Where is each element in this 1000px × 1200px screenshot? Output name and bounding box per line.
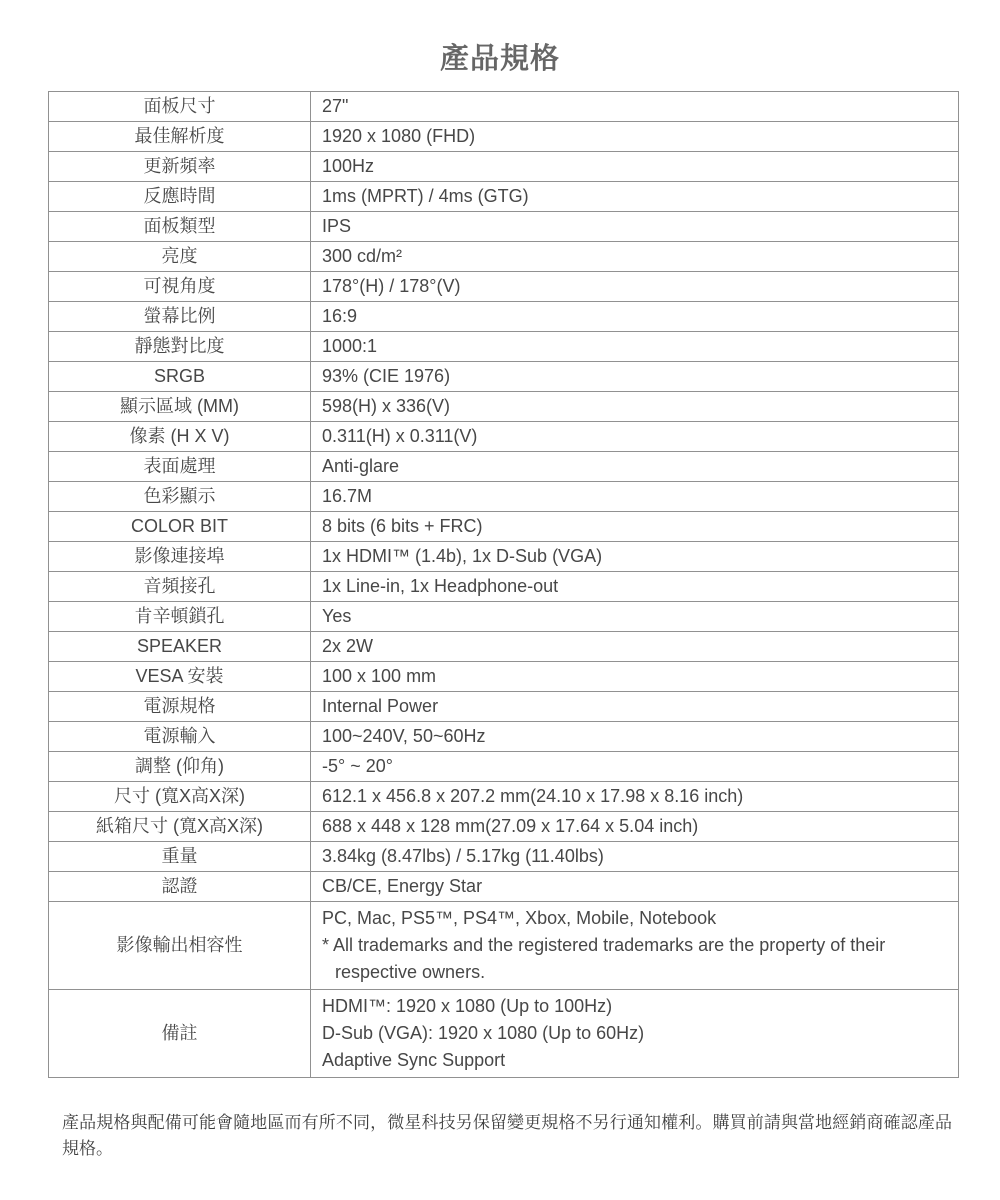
spec-value: 1x Line-in, 1x Headphone-out bbox=[311, 572, 959, 602]
spec-label: 可視角度 bbox=[49, 272, 311, 302]
spec-row: 最佳解析度1920 x 1080 (FHD) bbox=[49, 122, 959, 152]
spec-row: 面板類型IPS bbox=[49, 212, 959, 242]
spec-value: 100Hz bbox=[311, 152, 959, 182]
spec-value: 16.7M bbox=[311, 482, 959, 512]
spec-value: 1ms (MPRT) / 4ms (GTG) bbox=[311, 182, 959, 212]
spec-label: 影像連接埠 bbox=[49, 542, 311, 572]
spec-label: 最佳解析度 bbox=[49, 122, 311, 152]
spec-row: 音頻接孔1x Line-in, 1x Headphone-out bbox=[49, 572, 959, 602]
spec-value-line: Adaptive Sync Support bbox=[322, 1047, 948, 1074]
spec-value-line: D-Sub (VGA): 1920 x 1080 (Up to 60Hz) bbox=[322, 1020, 948, 1047]
spec-label: 表面處理 bbox=[49, 452, 311, 482]
spec-label: 調整 (仰角) bbox=[49, 752, 311, 782]
spec-value: 178°(H) / 178°(V) bbox=[311, 272, 959, 302]
spec-row: 更新頻率100Hz bbox=[49, 152, 959, 182]
spec-value: IPS bbox=[311, 212, 959, 242]
spec-row: 重量3.84kg (8.47lbs) / 5.17kg (11.40lbs) bbox=[49, 842, 959, 872]
spec-label: 更新頻率 bbox=[49, 152, 311, 182]
spec-value: 0.311(H) x 0.311(V) bbox=[311, 422, 959, 452]
spec-row: 電源輸入100~240V, 50~60Hz bbox=[49, 722, 959, 752]
spec-label: 靜態對比度 bbox=[49, 332, 311, 362]
spec-row: 影像輸出相容性PC, Mac, PS5™, PS4™, Xbox, Mobile… bbox=[49, 902, 959, 990]
spec-row: 電源規格Internal Power bbox=[49, 692, 959, 722]
spec-label: 色彩顯示 bbox=[49, 482, 311, 512]
spec-value: -5° ~ 20° bbox=[311, 752, 959, 782]
spec-label: 亮度 bbox=[49, 242, 311, 272]
spec-value: 1x HDMI™ (1.4b), 1x D-Sub (VGA) bbox=[311, 542, 959, 572]
spec-row: 色彩顯示16.7M bbox=[49, 482, 959, 512]
spec-value: 300 cd/m² bbox=[311, 242, 959, 272]
spec-row: VESA 安裝100 x 100 mm bbox=[49, 662, 959, 692]
spec-value-line: * All trademarks and the registered trad… bbox=[322, 932, 948, 959]
spec-value: 27" bbox=[311, 92, 959, 122]
spec-table: 面板尺寸27"最佳解析度1920 x 1080 (FHD)更新頻率100Hz反應… bbox=[48, 91, 959, 1078]
spec-label: 肯辛頓鎖孔 bbox=[49, 602, 311, 632]
spec-label: 面板類型 bbox=[49, 212, 311, 242]
spec-value: Internal Power bbox=[311, 692, 959, 722]
spec-label: 認證 bbox=[49, 872, 311, 902]
spec-row: SRGB93% (CIE 1976) bbox=[49, 362, 959, 392]
spec-label: 重量 bbox=[49, 842, 311, 872]
spec-row: 面板尺寸27" bbox=[49, 92, 959, 122]
spec-row: 備註HDMI™: 1920 x 1080 (Up to 100Hz)D-Sub … bbox=[49, 990, 959, 1078]
spec-label: 影像輸出相容性 bbox=[49, 902, 311, 990]
spec-value: 2x 2W bbox=[311, 632, 959, 662]
spec-value: 3.84kg (8.47lbs) / 5.17kg (11.40lbs) bbox=[311, 842, 959, 872]
spec-row: 螢幕比例16:9 bbox=[49, 302, 959, 332]
spec-row: 靜態對比度1000:1 bbox=[49, 332, 959, 362]
spec-row: 影像連接埠1x HDMI™ (1.4b), 1x D-Sub (VGA) bbox=[49, 542, 959, 572]
page-title: 產品規格 bbox=[0, 0, 1000, 76]
spec-label: SPEAKER bbox=[49, 632, 311, 662]
product-spec-page: 產品規格 面板尺寸27"最佳解析度1920 x 1080 (FHD)更新頻率10… bbox=[0, 0, 1000, 1200]
spec-label: 電源輸入 bbox=[49, 722, 311, 752]
spec-label: COLOR BIT bbox=[49, 512, 311, 542]
spec-label: SRGB bbox=[49, 362, 311, 392]
spec-value-line: HDMI™: 1920 x 1080 (Up to 100Hz) bbox=[322, 993, 948, 1020]
spec-value: 16:9 bbox=[311, 302, 959, 332]
footer-disclaimer: 產品規格與配備可能會隨地區而有所不同，微星科技另保留變更規格不另行通知權利。購買… bbox=[62, 1110, 952, 1162]
spec-row: 認證CB/CE, Energy Star bbox=[49, 872, 959, 902]
spec-label: 顯示區域 (MM) bbox=[49, 392, 311, 422]
spec-value: 8 bits (6 bits + FRC) bbox=[311, 512, 959, 542]
spec-value: 612.1 x 456.8 x 207.2 mm(24.10 x 17.98 x… bbox=[311, 782, 959, 812]
spec-row: 可視角度178°(H) / 178°(V) bbox=[49, 272, 959, 302]
spec-value: CB/CE, Energy Star bbox=[311, 872, 959, 902]
spec-value: 100~240V, 50~60Hz bbox=[311, 722, 959, 752]
spec-table-body: 面板尺寸27"最佳解析度1920 x 1080 (FHD)更新頻率100Hz反應… bbox=[49, 92, 959, 1078]
spec-label: 備註 bbox=[49, 990, 311, 1078]
spec-value: HDMI™: 1920 x 1080 (Up to 100Hz)D-Sub (V… bbox=[311, 990, 959, 1078]
spec-row: 尺寸 (寬X高X深)612.1 x 456.8 x 207.2 mm(24.10… bbox=[49, 782, 959, 812]
spec-label: 像素 (H X V) bbox=[49, 422, 311, 452]
spec-row: 亮度300 cd/m² bbox=[49, 242, 959, 272]
spec-label: 面板尺寸 bbox=[49, 92, 311, 122]
spec-row: 肯辛頓鎖孔Yes bbox=[49, 602, 959, 632]
spec-label: 反應時間 bbox=[49, 182, 311, 212]
spec-value: 93% (CIE 1976) bbox=[311, 362, 959, 392]
spec-row: 反應時間1ms (MPRT) / 4ms (GTG) bbox=[49, 182, 959, 212]
spec-label: 尺寸 (寬X高X深) bbox=[49, 782, 311, 812]
spec-row: 像素 (H X V)0.311(H) x 0.311(V) bbox=[49, 422, 959, 452]
spec-row: COLOR BIT8 bits (6 bits + FRC) bbox=[49, 512, 959, 542]
spec-row: 調整 (仰角)-5° ~ 20° bbox=[49, 752, 959, 782]
spec-value: PC, Mac, PS5™, PS4™, Xbox, Mobile, Noteb… bbox=[311, 902, 959, 990]
spec-label: 螢幕比例 bbox=[49, 302, 311, 332]
spec-value: 1920 x 1080 (FHD) bbox=[311, 122, 959, 152]
spec-value-line: PC, Mac, PS5™, PS4™, Xbox, Mobile, Noteb… bbox=[322, 905, 948, 932]
spec-value: 598(H) x 336(V) bbox=[311, 392, 959, 422]
spec-value: Yes bbox=[311, 602, 959, 632]
spec-label: 紙箱尺寸 (寬X高X深) bbox=[49, 812, 311, 842]
spec-label: 電源規格 bbox=[49, 692, 311, 722]
spec-row: 表面處理Anti-glare bbox=[49, 452, 959, 482]
spec-row: SPEAKER2x 2W bbox=[49, 632, 959, 662]
spec-label: 音頻接孔 bbox=[49, 572, 311, 602]
spec-row: 顯示區域 (MM)598(H) x 336(V) bbox=[49, 392, 959, 422]
spec-value: Anti-glare bbox=[311, 452, 959, 482]
spec-label: VESA 安裝 bbox=[49, 662, 311, 692]
spec-value: 100 x 100 mm bbox=[311, 662, 959, 692]
spec-value: 688 x 448 x 128 mm(27.09 x 17.64 x 5.04 … bbox=[311, 812, 959, 842]
spec-row: 紙箱尺寸 (寬X高X深)688 x 448 x 128 mm(27.09 x 1… bbox=[49, 812, 959, 842]
spec-value-line: respective owners. bbox=[322, 959, 948, 986]
spec-value: 1000:1 bbox=[311, 332, 959, 362]
